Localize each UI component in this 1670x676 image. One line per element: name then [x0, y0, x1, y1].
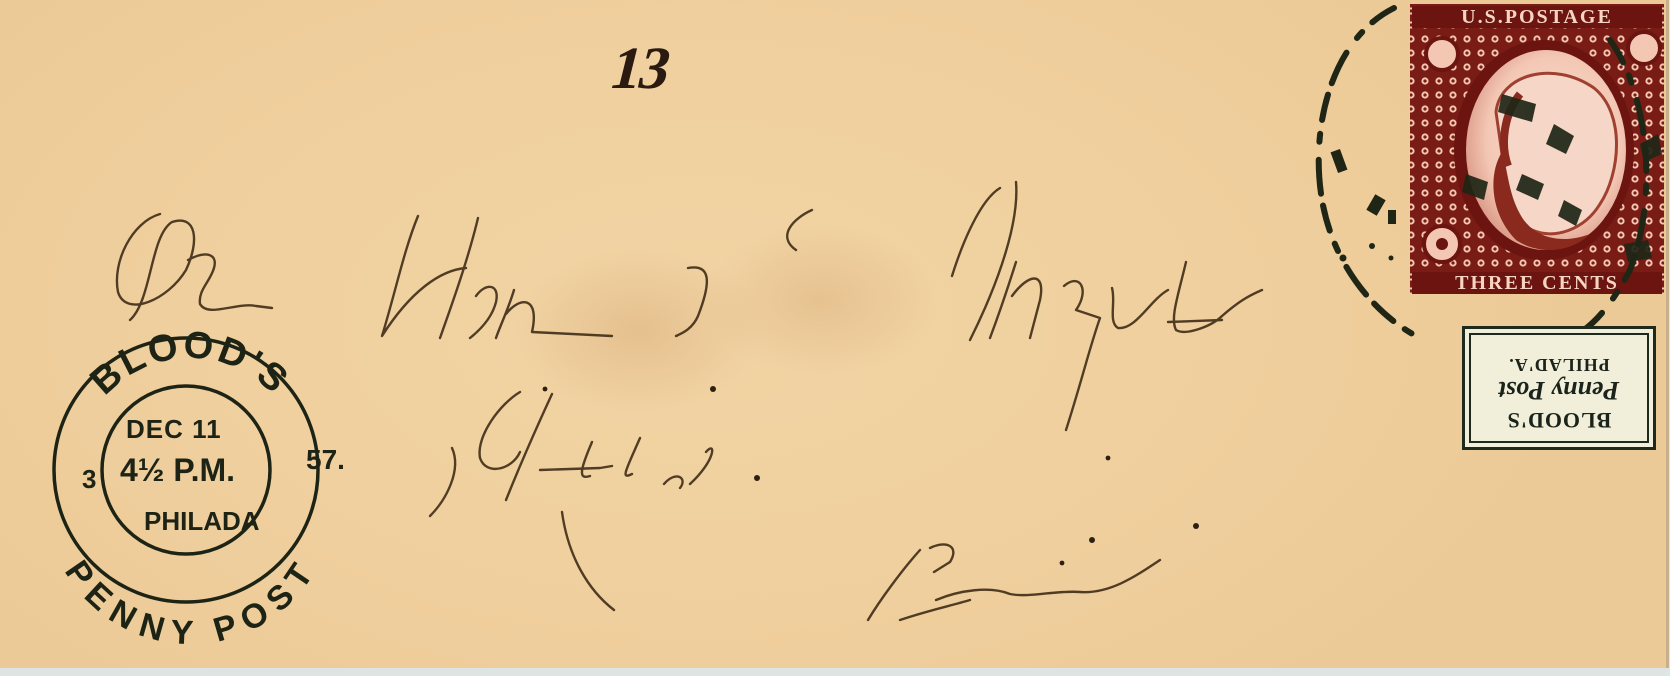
local-label-line3: PHILAD'A.: [1465, 354, 1653, 375]
local-post-label: BLOOD'S Penny Post PHILAD'A.: [1462, 326, 1656, 450]
circular-date-cancel: [0, 0, 1670, 676]
local-label-line2: Penny Post: [1465, 375, 1653, 405]
envelope: 13: [0, 0, 1669, 668]
local-label-line1: BLOOD'S: [1465, 407, 1653, 433]
